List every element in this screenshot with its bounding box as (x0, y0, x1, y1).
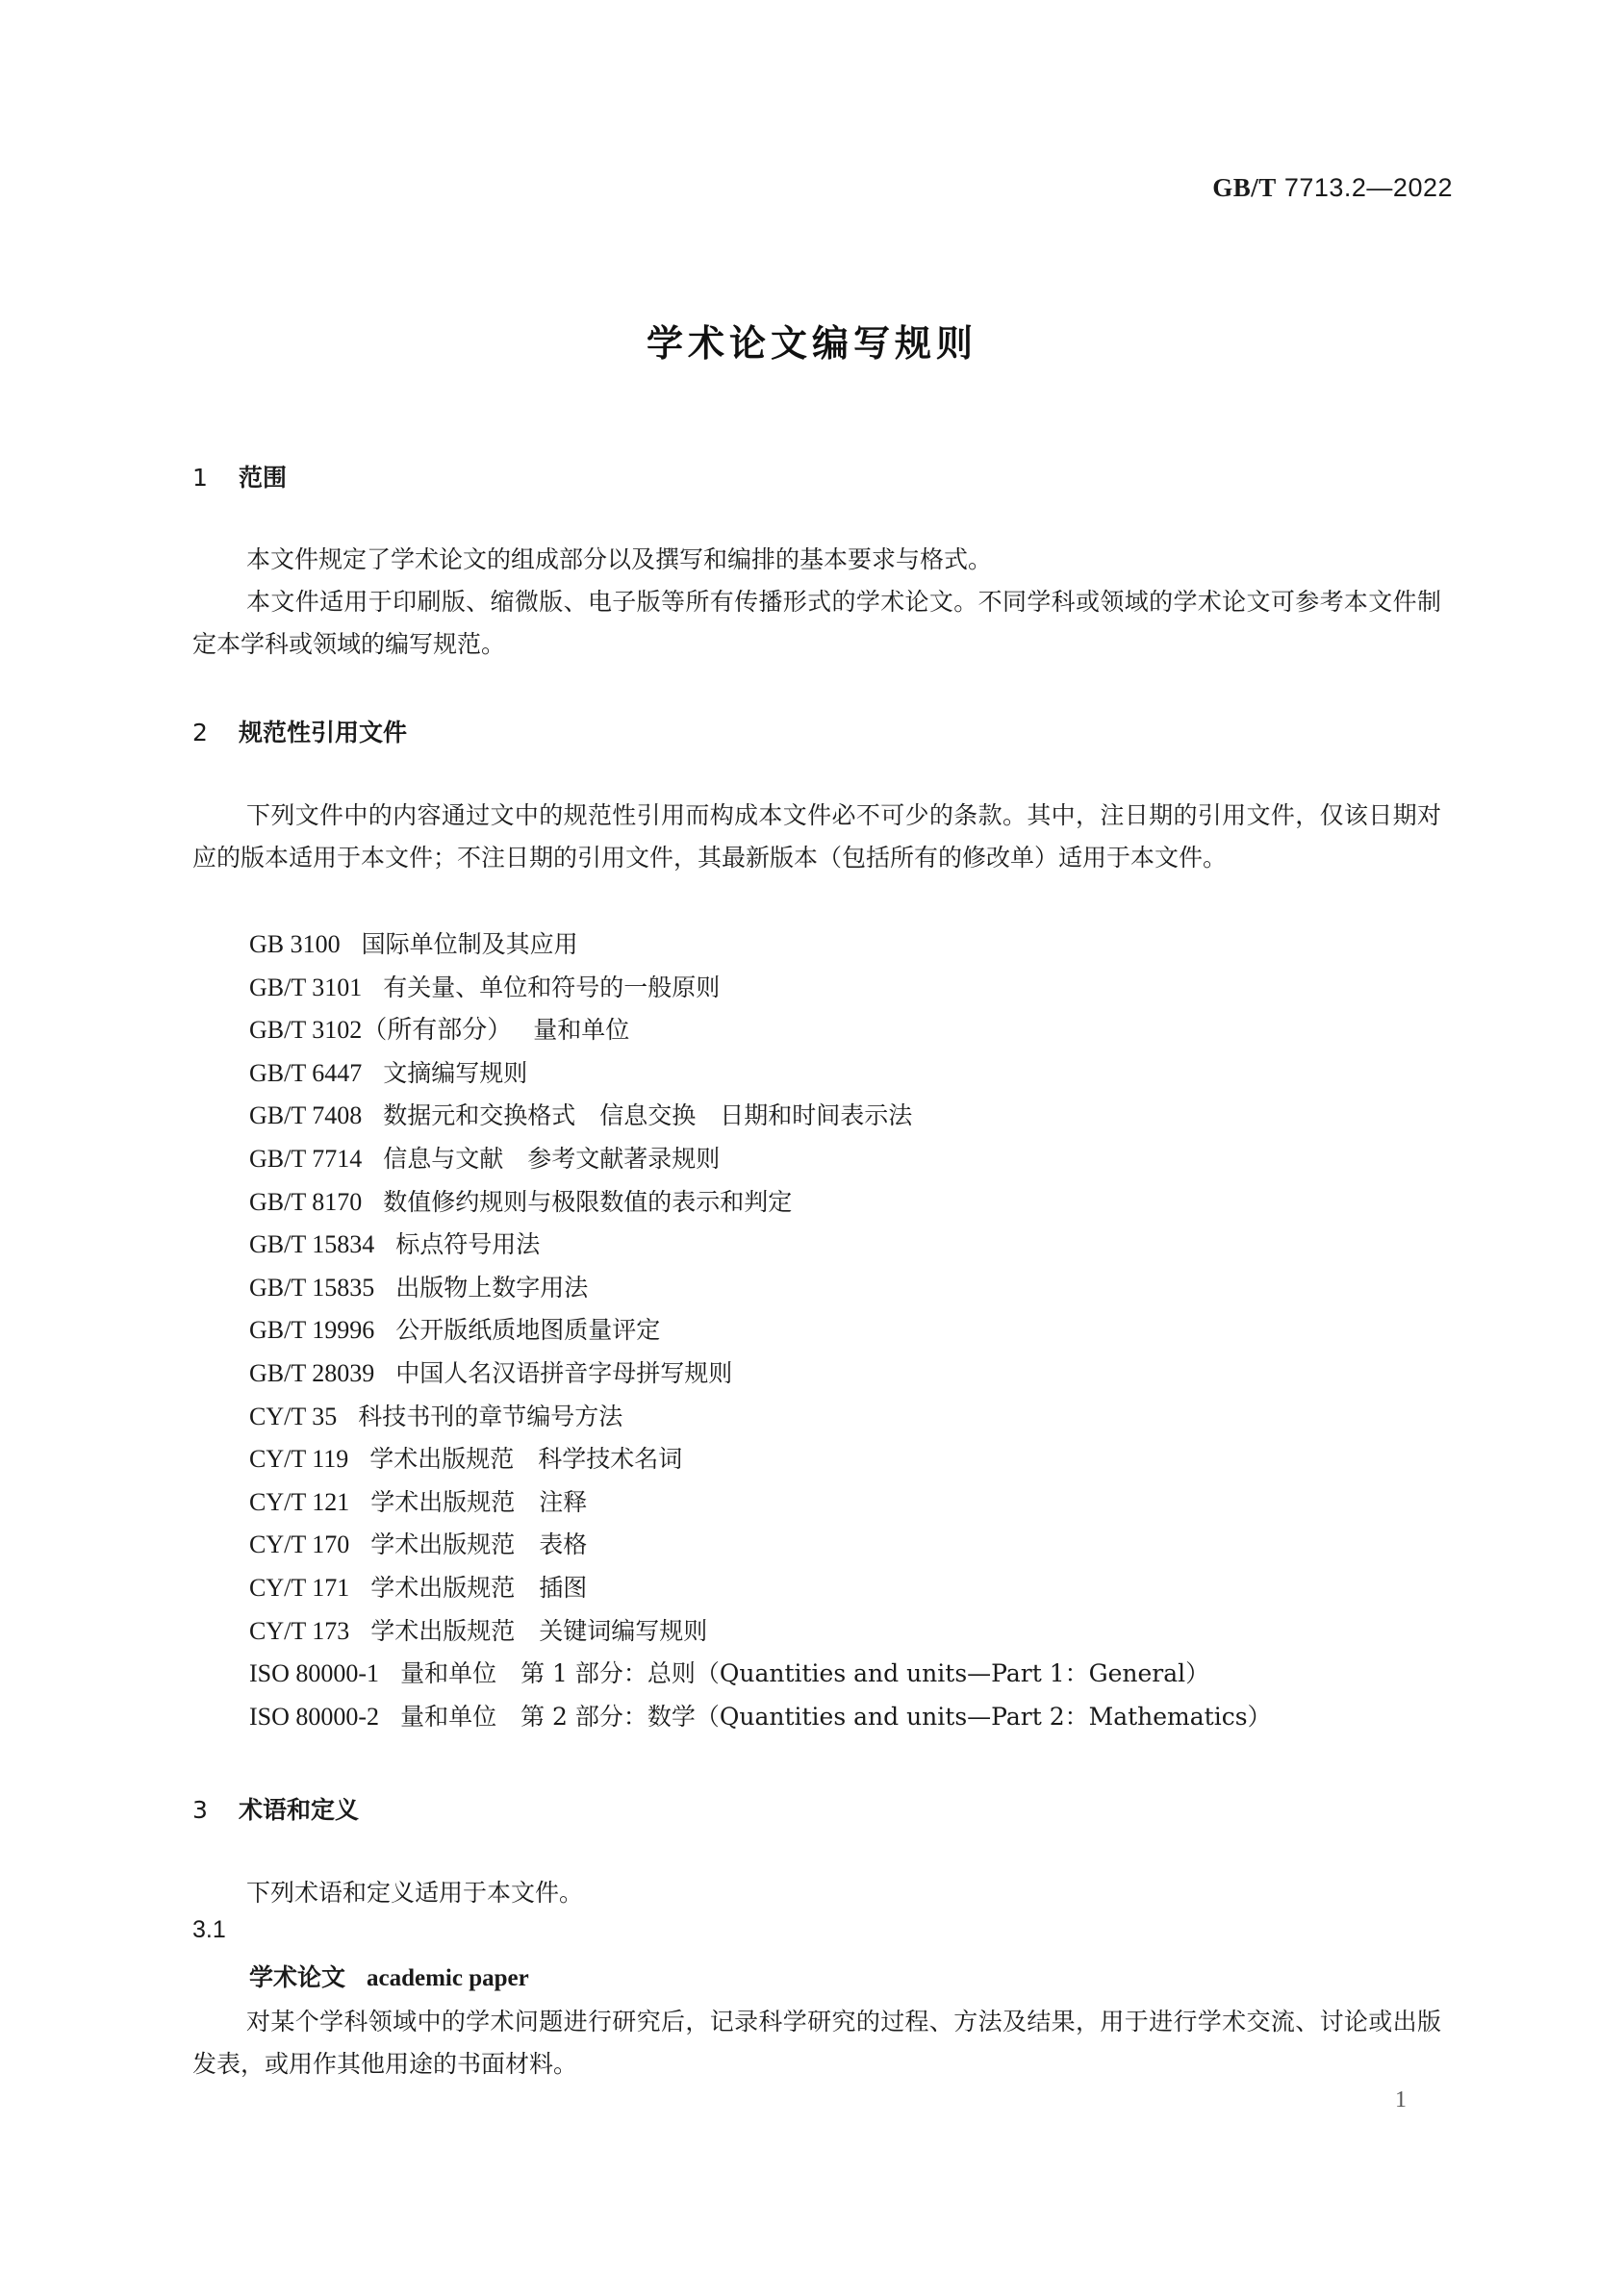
section-number: 3 (192, 1796, 239, 1824)
reference-code: GB/T 15835 (249, 1274, 374, 1302)
reference-item: GB/T 3102（所有部分）量和单位 (249, 1009, 1272, 1052)
reference-item: GB/T 7408数据元和交换格式 信息交换 日期和时间表示法 (249, 1095, 1272, 1138)
document-title: 学术论文编写规则 (0, 314, 1624, 367)
reference-title: 量和单位 (533, 1016, 629, 1044)
reference-code: GB/T 28039 (249, 1359, 374, 1387)
section-heading-normative-references: 2规范性引用文件 (192, 714, 407, 748)
reference-code: GB/T 19996 (249, 1316, 374, 1344)
reference-code: GB/T 6447 (249, 1059, 362, 1087)
section-title: 术语和定义 (239, 1796, 359, 1824)
reference-item: ISO 80000-2量和单位 第 2 部分：数学（Quantities and… (249, 1696, 1272, 1739)
reference-code: GB/T 7408 (249, 1101, 362, 1129)
reference-title: 公开版纸质地图质量评定 (395, 1316, 660, 1344)
page-number: 1 (1395, 2087, 1407, 2113)
reference-title: 学术出版规范 表格 (370, 1530, 587, 1558)
reference-title: 学术出版规范 插图 (370, 1574, 587, 1602)
reference-title: 信息与文献 参考文献著录规则 (383, 1145, 720, 1173)
reference-title: 出版物上数字用法 (395, 1274, 588, 1302)
standard-prefix: GB/T (1212, 173, 1277, 202)
section-number: 2 (192, 719, 239, 746)
reference-title: 数据元和交换格式 信息交换 日期和时间表示法 (383, 1101, 912, 1129)
reference-item: CY/T 35科技书刊的章节编号方法 (249, 1396, 1272, 1439)
reference-item: GB/T 15834标点符号用法 (249, 1224, 1272, 1267)
term-number: 3.1 (192, 1916, 226, 1944)
reference-item: GB/T 7714信息与文献 参考文献著录规则 (249, 1138, 1272, 1181)
reference-list: GB 3100国际单位制及其应用 GB/T 3101有关量、单位和符号的一般原则… (249, 923, 1272, 1738)
standard-code: GB/T 7713.2—2022 (1212, 173, 1453, 203)
reference-title: 数值修约规则与极限数值的表示和判定 (383, 1188, 792, 1216)
section-title: 范围 (239, 464, 287, 492)
reference-code: CY/T 171 (249, 1574, 349, 1602)
reference-item: GB/T 28039中国人名汉语拼音字母拼写规则 (249, 1353, 1272, 1396)
term-name: 学术论文academic paper (249, 1959, 529, 1993)
reference-title: 学术出版规范 关键词编写规则 (370, 1617, 707, 1645)
reference-code: CY/T 121 (249, 1488, 349, 1516)
reference-code: GB/T 7714 (249, 1145, 362, 1173)
reference-title: 量和单位 第 1 部分：总则（Quantities and units—Part… (400, 1659, 1209, 1687)
paragraph: 下列术语和定义适用于本文件。 (192, 1872, 1441, 1914)
reference-code: GB/T 3102（所有部分） (249, 1016, 512, 1044)
reference-code: ISO 80000-1 (249, 1659, 379, 1687)
section-heading-scope: 1范围 (192, 459, 287, 493)
standard-number: 7713.2—2022 (1284, 173, 1453, 202)
reference-title: 有关量、单位和符号的一般原则 (383, 974, 720, 1001)
reference-item: CY/T 170学术出版规范 表格 (249, 1524, 1272, 1567)
paragraph: 本文件适用于印刷版、缩微版、电子版等所有传播形式的学术论文。不同学科或领域的学术… (192, 581, 1441, 666)
reference-title: 标点符号用法 (395, 1230, 540, 1258)
reference-item: GB/T 3101有关量、单位和符号的一般原则 (249, 967, 1272, 1010)
term-name-en: academic paper (367, 1965, 529, 1991)
reference-code: CY/T 35 (249, 1403, 337, 1430)
reference-title: 学术出版规范 科学技术名词 (369, 1445, 682, 1473)
reference-item: ISO 80000-1量和单位 第 1 部分：总则（Quantities and… (249, 1653, 1272, 1696)
section-title: 规范性引用文件 (239, 719, 407, 746)
reference-title: 国际单位制及其应用 (362, 930, 578, 958)
term-name-zh: 学术论文 (249, 1963, 345, 1991)
reference-item: GB/T 19996公开版纸质地图质量评定 (249, 1309, 1272, 1353)
reference-item: CY/T 121学术出版规范 注释 (249, 1481, 1272, 1525)
reference-item: CY/T 173学术出版规范 关键词编写规则 (249, 1610, 1272, 1654)
reference-title: 量和单位 第 2 部分：数学（Quantities and units—Part… (400, 1703, 1271, 1731)
reference-code: ISO 80000-2 (249, 1703, 379, 1731)
reference-code: CY/T 119 (249, 1445, 348, 1473)
reference-code: GB/T 3101 (249, 974, 362, 1001)
reference-item: GB/T 6447文摘编写规则 (249, 1052, 1272, 1096)
paragraph: 本文件规定了学术论文的组成部分以及撰写和编排的基本要求与格式。 (192, 539, 1441, 581)
reference-title: 中国人名汉语拼音字母拼写规则 (395, 1359, 732, 1387)
term-definition: 对某个学科领域中的学术问题进行研究后，记录科学研究的过程、方法及结果，用于进行学… (192, 2001, 1441, 2086)
reference-item: GB/T 15835出版物上数字用法 (249, 1267, 1272, 1310)
reference-code: CY/T 173 (249, 1617, 349, 1645)
reference-code: CY/T 170 (249, 1530, 349, 1558)
section-heading-terms-definitions: 3术语和定义 (192, 1791, 359, 1826)
reference-code: GB/T 8170 (249, 1188, 362, 1216)
reference-item: GB/T 8170数值修约规则与极限数值的表示和判定 (249, 1181, 1272, 1225)
reference-item: CY/T 171学术出版规范 插图 (249, 1567, 1272, 1610)
reference-item: CY/T 119学术出版规范 科学技术名词 (249, 1438, 1272, 1481)
reference-code: GB/T 15834 (249, 1230, 374, 1258)
reference-title: 科技书刊的章节编号方法 (358, 1403, 622, 1430)
section-number: 1 (192, 464, 239, 492)
reference-title: 学术出版规范 注释 (370, 1488, 587, 1516)
reference-code: GB 3100 (249, 930, 341, 958)
paragraph: 下列文件中的内容通过文中的规范性引用而构成本文件必不可少的条款。其中，注日期的引… (192, 795, 1441, 879)
reference-item: GB 3100国际单位制及其应用 (249, 923, 1272, 967)
reference-title: 文摘编写规则 (383, 1059, 527, 1087)
